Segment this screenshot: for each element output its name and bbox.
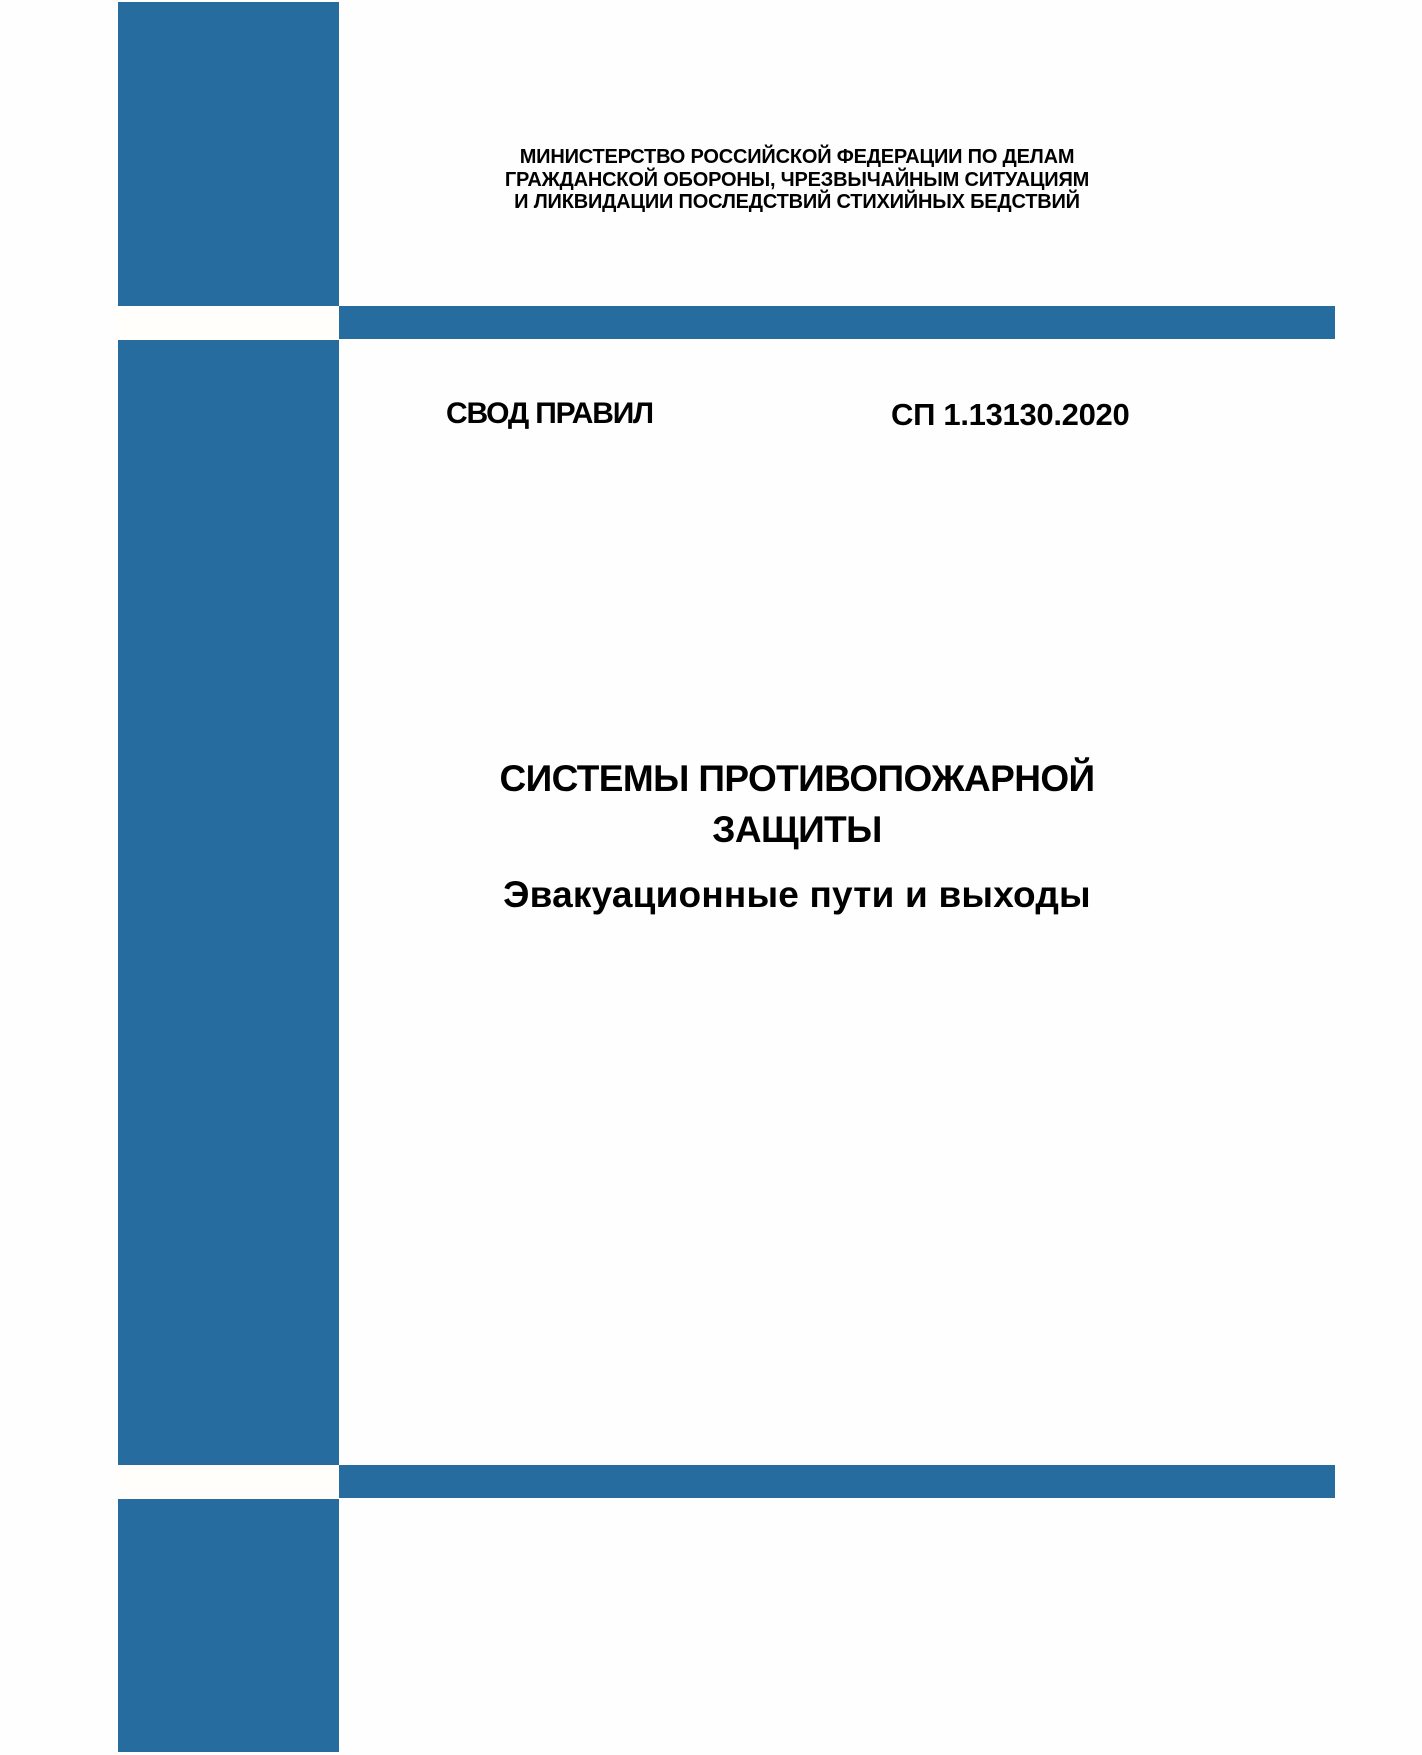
book-cover: МИНИСТЕРСТВО РОССИЙСКОЙ ФЕДЕРАЦИИ ПО ДЕЛ… (0, 0, 1422, 1755)
decorative-band-bottom (339, 1465, 1335, 1498)
ministry-line: И ЛИКВИДАЦИИ ПОСЛЕДСТВИЙ СТИХИЙНЫХ БЕДСТ… (397, 191, 1197, 214)
ministry-line: ГРАЖДАНСКОЙ ОБОРОНЫ, ЧРЕЗВЫЧАЙНЫМ СИТУАЦ… (397, 169, 1197, 192)
decorative-column-top (118, 2, 339, 306)
document-type-label: СВОД ПРАВИЛ (446, 397, 653, 431)
title-line: ЗАЩИТЫ (397, 804, 1197, 855)
decorative-band-top (339, 306, 1335, 339)
title-line: СИСТЕМЫ ПРОТИВОПОЖАРНОЙ (397, 753, 1197, 804)
document-title: СИСТЕМЫ ПРОТИВОПОЖАРНОЙ ЗАЩИТЫ (397, 753, 1197, 855)
document-code-number: СП 1.13130.2020 (891, 397, 1129, 433)
ministry-name: МИНИСТЕРСТВО РОССИЙСКОЙ ФЕДЕРАЦИИ ПО ДЕЛ… (397, 146, 1197, 214)
document-subtitle: Эвакуационные пути и выходы (397, 874, 1197, 916)
decorative-column-middle (118, 340, 339, 1465)
decorative-gap-bottom (118, 1465, 339, 1499)
ministry-line: МИНИСТЕРСТВО РОССИЙСКОЙ ФЕДЕРАЦИИ ПО ДЕЛ… (397, 146, 1197, 169)
decorative-column-bottom (118, 1499, 339, 1752)
decorative-gap-top (118, 306, 339, 340)
